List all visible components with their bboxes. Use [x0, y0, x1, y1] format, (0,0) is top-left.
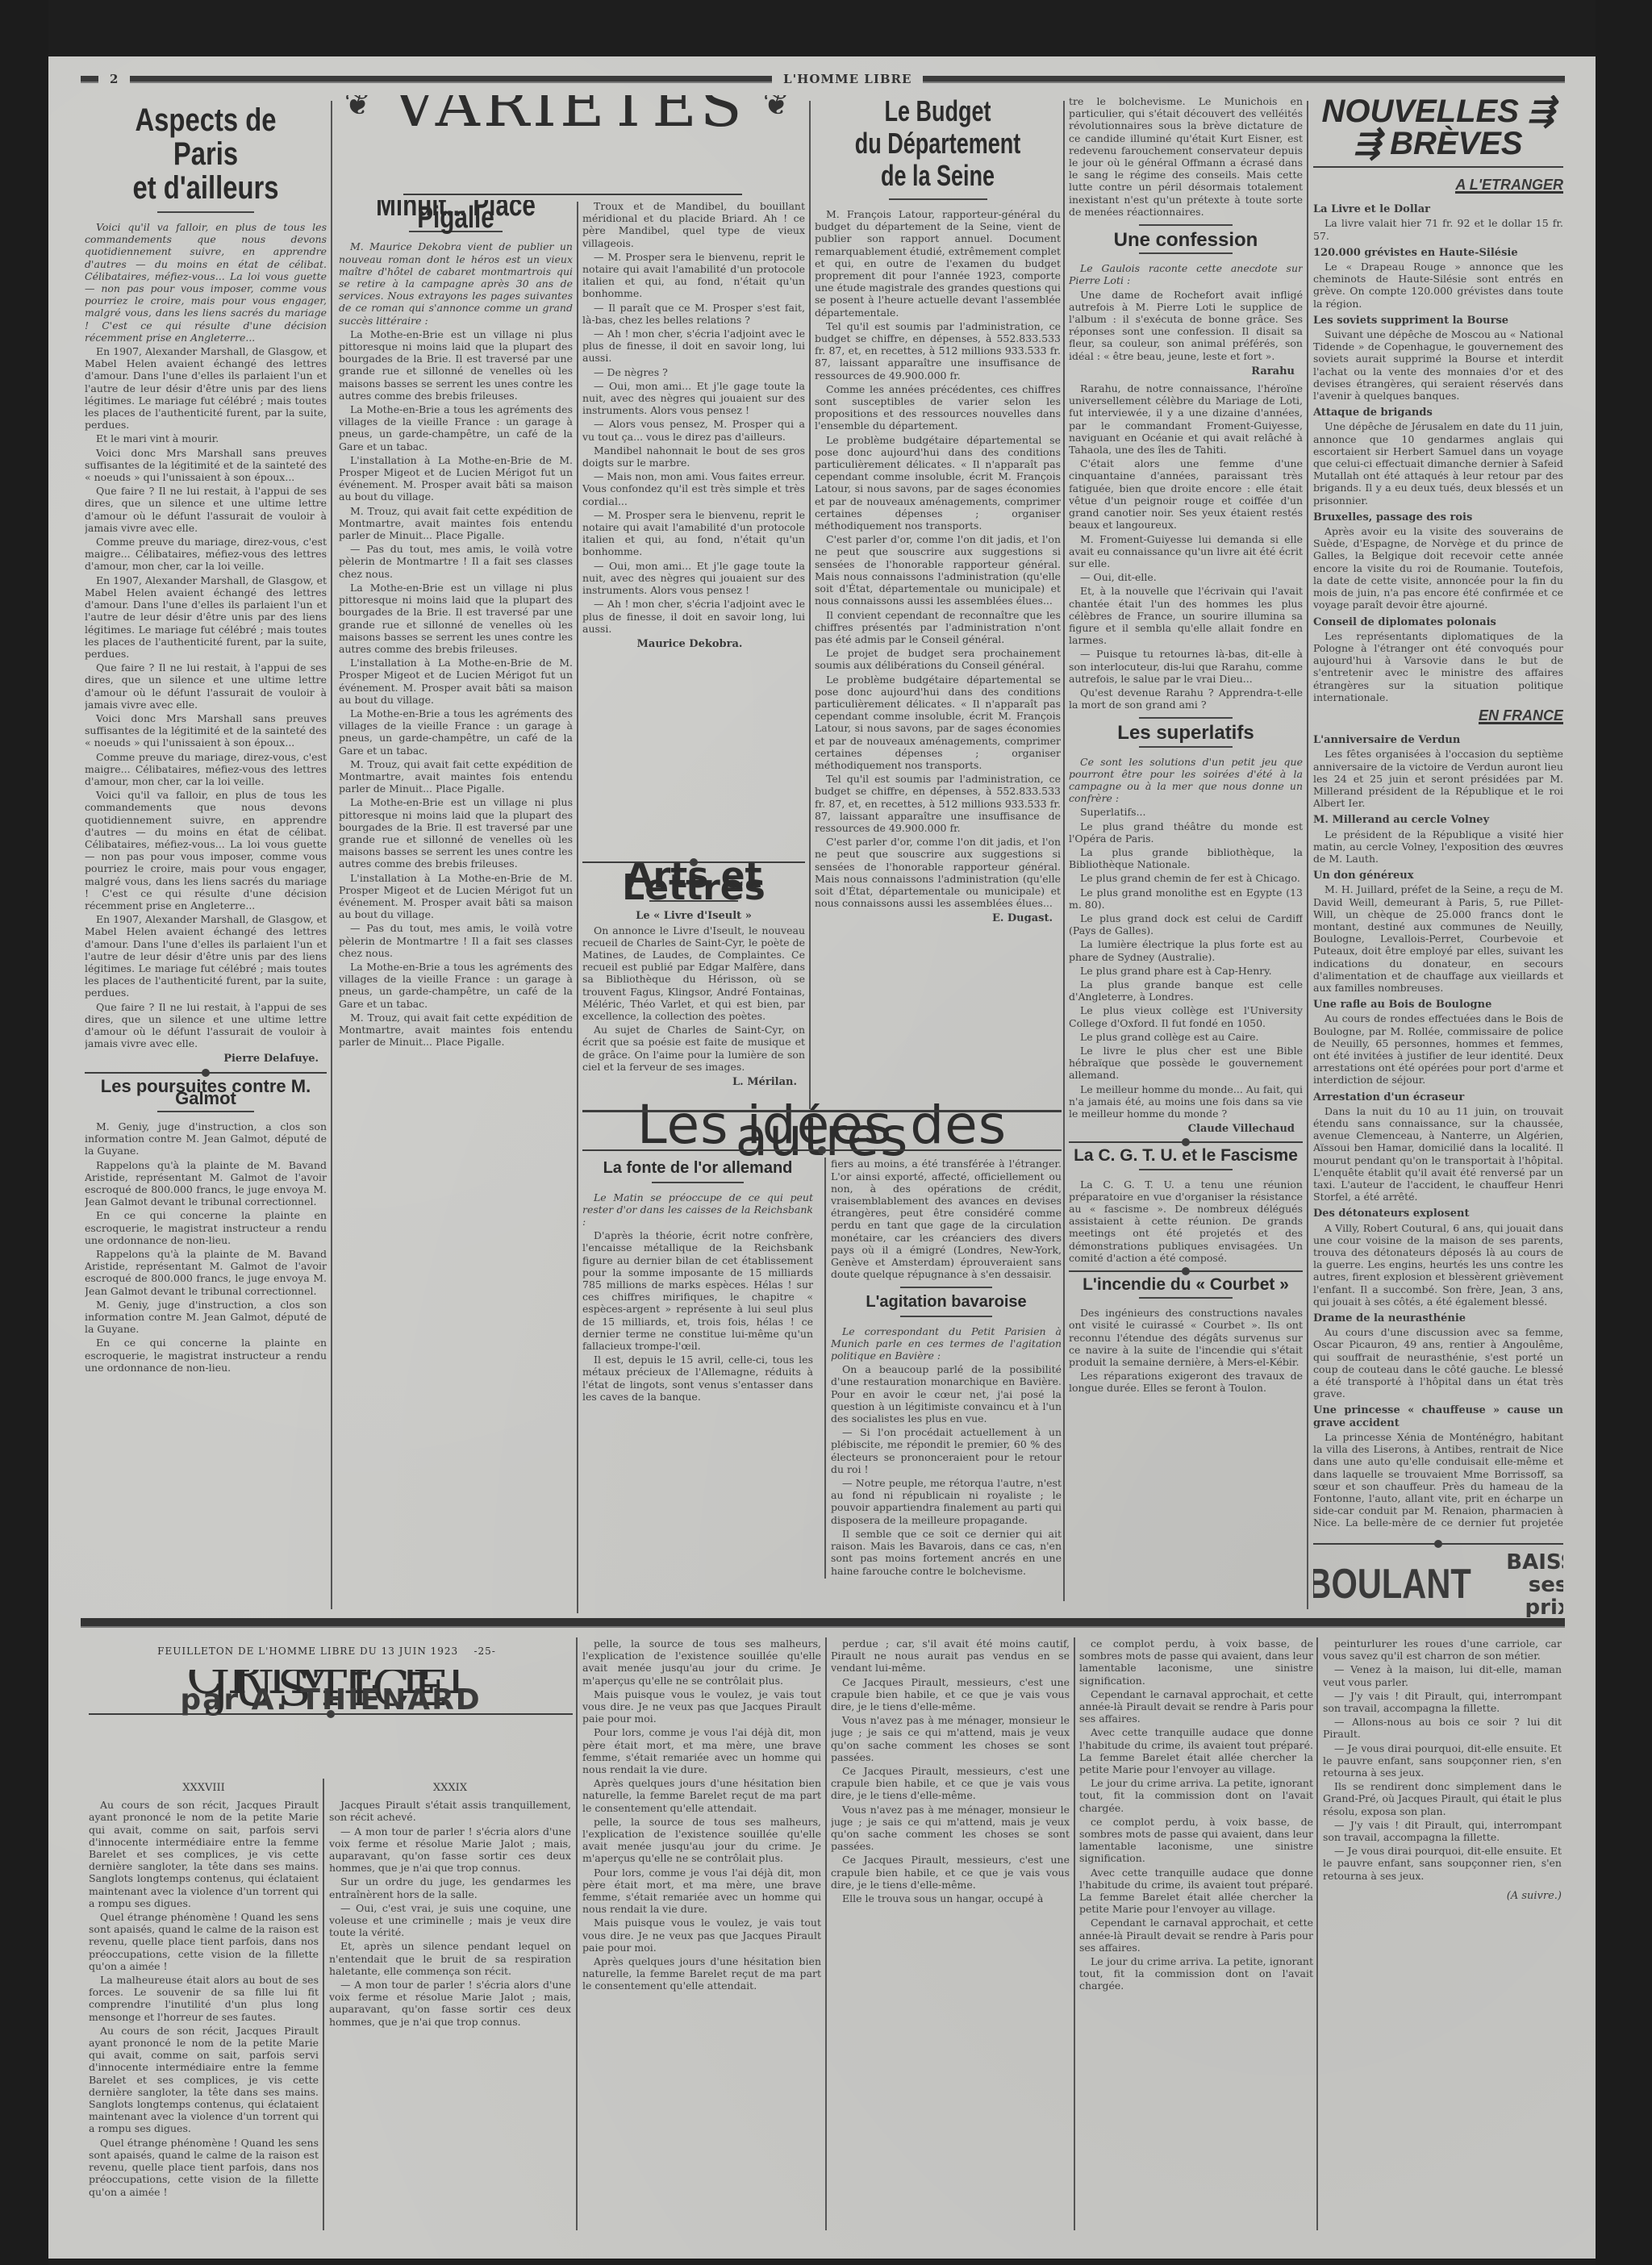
paragraph: Qu'est devenue Rarahu ? Apprendra-t-elle… — [1069, 686, 1303, 711]
divider — [900, 1287, 992, 1288]
divider — [1139, 717, 1233, 719]
brief-text: La princesse Xénia de Monténégro, habita… — [1313, 1431, 1563, 1531]
brief-title: Arrestation d'un écraseur — [1313, 1091, 1563, 1103]
feuilleton-column-5: ce complot perdu, à voix basse, de sombr… — [1079, 1637, 1313, 2230]
paragraph: La Mothe-en-Brie a tous les agréments de… — [339, 961, 573, 1010]
paragraph: — J'y vais ! dit Pirault, qui, interromp… — [1323, 1690, 1562, 1714]
column-rule — [1063, 101, 1065, 1601]
paragraph: En ce qui concerne la plainte en escroqu… — [85, 1209, 327, 1246]
paragraph: ce complot perdu, à voix basse, de sombr… — [1079, 1637, 1313, 1687]
masthead-rule — [81, 76, 98, 83]
headline-line: Aspects de Paris — [106, 103, 305, 171]
brief-text: Au cours de rondes effectuées dans le Bo… — [1313, 1012, 1563, 1086]
headline-line: Le Budget — [845, 95, 1030, 127]
brief-text: Le président de la République a visité h… — [1313, 828, 1563, 866]
brief-title: Attaque de brigands — [1313, 407, 1563, 419]
paragraph: M. Geniy, juge d'instruction, a clos son… — [85, 1299, 327, 1336]
subheadline: Le « Livre d'Iseult » — [582, 910, 805, 922]
column-confession: tre le bolchevisme. Le Munichois en part… — [1069, 95, 1303, 1604]
list-item: La lumière électrique la plus forte est … — [1069, 938, 1303, 962]
brief-title: Une princesse « chauffeuse » cause un gr… — [1313, 1404, 1563, 1429]
paragraph: Voici donc Mrs Marshall sans preuves suf… — [85, 712, 327, 749]
headline-superlatifs: Les superlatifs — [1069, 727, 1303, 739]
paragraph: Le problème budgétaire départemental se … — [815, 674, 1061, 772]
list-item: Le plus grand monolithe est en Egypte (1… — [1069, 886, 1303, 911]
paragraph: M. Froment-Guiyesse lui demanda si elle … — [1069, 533, 1303, 570]
paragraph: Et le mari vint à mourir. — [85, 432, 327, 444]
divider — [582, 1149, 1062, 1151]
paragraph: Quel étrange phénomène ! Quand les sens … — [89, 1911, 319, 1972]
divider — [403, 194, 742, 195]
headline-fonte: La fonte de l'or allemand — [582, 1162, 813, 1174]
divider — [1139, 252, 1233, 254]
divider — [652, 1182, 744, 1183]
list-item: Le plus vieux collège est l'University C… — [1069, 1004, 1303, 1028]
paragraph: Ce Jacques Pirault, messieurs, c'est une… — [831, 1854, 1070, 1891]
brief-title: Les soviets suppriment la Bourse — [1313, 315, 1563, 327]
paragraph: — M. Prosper sera le bienvenu, reprit le… — [582, 509, 805, 558]
paragraph: En 1907, Alexander Marshall, de Glasgow,… — [85, 345, 327, 431]
paragraph: Rappelons qu'à la plainte de M. Bavand A… — [85, 1159, 327, 1208]
newspaper-title: L'HOMME LIBRE — [783, 72, 912, 86]
divider — [582, 861, 805, 863]
paragraph: Que faire ? Il ne lui restait, à l'appui… — [85, 1001, 327, 1050]
headline-line: NOUVELLES ⇶ — [1313, 95, 1563, 127]
paragraph: pelle, la source de tous ses malheurs, l… — [582, 1637, 821, 1687]
brief-text: Suivant une dépêche de Moscou au « Natio… — [1313, 328, 1563, 402]
paragraph: On annonce le Livre d'Iseult, le nouveau… — [582, 924, 805, 1023]
signature: L. Mérilan. — [582, 1076, 797, 1088]
column-agitation: fiers au moins, a été transférée à l'étr… — [824, 1158, 1062, 1578]
column-rule — [1074, 1637, 1075, 2230]
list-item: Le plus grand phare est à Cap-Henry. — [1069, 965, 1303, 977]
paragraph: — Pas du tout, mes amis, le voilà votre … — [339, 543, 573, 580]
list-item: Le meilleur homme du monde... Au fait, q… — [1069, 1083, 1303, 1120]
paragraph: Après quelques jours d'une hésitation bi… — [582, 1777, 821, 1814]
paragraph: Le problème budgétaire départemental se … — [815, 434, 1061, 532]
leaf-ornament-icon: ❦ — [344, 98, 375, 111]
paragraph: M. Geniy, juge d'instruction, a clos son… — [85, 1120, 327, 1158]
brief-text: Dans la nuit du 10 au 11 juin, on trouva… — [1313, 1105, 1563, 1203]
signature: E. Dugast. — [815, 912, 1053, 924]
column-aspects: Aspects de Paris et d'ailleurs Voici qu'… — [85, 97, 327, 1613]
divider — [1069, 1141, 1303, 1143]
article-intro: Le Gaulois raconte cette anecdote sur Pi… — [1069, 262, 1303, 286]
divider — [1139, 224, 1233, 226]
article-intro: Le Matin se préoccupe de ce qui peut res… — [582, 1191, 813, 1228]
paragraph: L'installation à La Mothe-en-Brie de M. … — [339, 872, 573, 921]
feuilleton-column-4: perdue ; car, s'il avait été moins cauti… — [831, 1637, 1070, 2230]
paragraph: fiers au moins, a été transférée à l'étr… — [831, 1158, 1062, 1280]
paragraph: En 1907, Alexander Marshall, de Glasgow,… — [85, 913, 327, 999]
divider — [1139, 746, 1233, 748]
paragraph: — Il paraît que ce M. Prosper s'est fait… — [582, 302, 805, 326]
signature: Maurice Dekobra. — [582, 638, 797, 650]
masthead-rule — [130, 76, 772, 83]
headline-pigalle: Minuit... Place Pigalle — [365, 200, 547, 224]
paragraph: La Mothe-en-Brie a tous les agréments de… — [339, 403, 573, 453]
paragraph: Mais puisque vous le voulez, je vais tou… — [582, 1688, 821, 1725]
divider — [1139, 1297, 1233, 1299]
paragraph: Comme les années précédentes, ces chiffr… — [815, 383, 1061, 432]
divider — [1139, 1169, 1233, 1170]
divider — [1069, 1270, 1303, 1272]
headline-varietes: ❦ VARIÉTÉS ❦ — [337, 98, 800, 111]
column-rule — [323, 1779, 324, 2230]
scan-border-right — [1596, 0, 1652, 2265]
list-item: Le plus grand collège est au Caire. — [1069, 1031, 1303, 1043]
paragraph: Tel qu'il est soumis par l'administratio… — [815, 773, 1061, 834]
paragraph: Que faire ? Il ne lui restait, à l'appui… — [85, 485, 327, 534]
paragraph: — Ah ! mon cher, s'écria l'adjoint avec … — [582, 327, 805, 365]
headline-text: BRÈVES — [1390, 126, 1523, 161]
paragraph: Au cours de son récit, Jacques Pirault a… — [89, 1799, 319, 1909]
paragraph: — Oui, c'est vrai, je suis une coquine, … — [329, 1902, 571, 1939]
paragraph: M. Trouz, qui avait fait cette expéditio… — [339, 758, 573, 795]
brief-title: Drame de la neurasthénie — [1313, 1312, 1563, 1324]
arrows-ornament-icon: ⇶ — [1528, 95, 1555, 129]
paragraph: peinturlurer les roues d'une carriole, c… — [1323, 1637, 1562, 1662]
paragraph: Sur un ordre du juge, les gendarmes les … — [329, 1875, 571, 1900]
signature: Rarahu — [1069, 365, 1295, 377]
column-rule — [576, 1637, 578, 2230]
paragraph: tre le bolchevisme. Le Munichois en part… — [1069, 95, 1303, 218]
brief-text: Une dépêche de Jérusalem en date du 11 j… — [1313, 420, 1563, 506]
divider — [157, 1111, 254, 1112]
brief-title: Conseil de diplomates polonais — [1313, 616, 1563, 628]
article-intro: Voici qu'il va falloir, en plus de tous … — [85, 221, 327, 344]
section-label-france: EN FRANCE — [1479, 710, 1563, 724]
paragraph: La Mothe-en-Brie est un village ni plus … — [339, 796, 573, 870]
divider — [89, 1713, 573, 1715]
paragraph: Comme preuve du mariage, direz-vous, c'e… — [85, 536, 327, 573]
paragraph: — Pas du tout, mes amis, le voilà votre … — [339, 922, 573, 959]
brief-title: Bruxelles, passage des rois — [1313, 511, 1563, 523]
brief-title: M. Millerand au cercle Volney — [1313, 814, 1563, 826]
paragraph: En ce qui concerne la plainte en escroqu… — [85, 1337, 327, 1374]
brief-text: La livre valait hier 71 fr. 92 et le dol… — [1313, 217, 1563, 241]
paragraph: C'est parler d'or, comme l'on dit jadis,… — [815, 836, 1061, 909]
brief-title: Des détonateurs explosent — [1313, 1208, 1563, 1220]
paragraph: M. Trouz, qui avait fait cette expéditio… — [339, 1012, 573, 1049]
paragraph: Comme preuve du mariage, direz-vous, c'e… — [85, 751, 327, 788]
headline-line: et d'ailleurs — [106, 171, 305, 205]
paragraph: Et, après un silence pendant lequel on n… — [329, 1940, 571, 1977]
paragraph: Il est, depuis le 15 avril, celle-ci, to… — [582, 1354, 813, 1403]
masthead: 2 L'HOMME LIBRE — [81, 71, 1565, 87]
paragraph: — M. Prosper sera le bienvenu, reprit le… — [582, 251, 805, 300]
paragraph: Cependant le carnaval approchait, et cet… — [1079, 1688, 1313, 1725]
paragraph: — Je vous dirai pourquoi, dit-elle ensui… — [1323, 1742, 1562, 1779]
column-varietes-2: Troux et de Mandibel, du bouillant mérid… — [582, 200, 805, 837]
paragraph: C'était alors une femme d'une cinquantai… — [1069, 457, 1303, 531]
paragraph: — J'y vais ! dit Pirault, qui, interromp… — [1323, 1819, 1562, 1843]
section-label-etranger: A L'ETRANGER — [1455, 179, 1563, 194]
list-item: La plus grande banque est celle d'Anglet… — [1069, 978, 1303, 1003]
page-number: 2 — [110, 72, 119, 86]
feuilleton-column-3: pelle, la source de tous ses malheurs, l… — [582, 1637, 821, 2230]
brief-text: Les fêtes organisées à l'occasion du sep… — [1313, 748, 1563, 809]
paragraph: Pour lors, comme je vous l'ai déjà dit, … — [582, 1867, 821, 1916]
article-intro: Le correspondant du Petit Parisien à Mun… — [831, 1325, 1062, 1362]
paragraph: Quel étrange phénomène ! Quand les sens … — [89, 2137, 319, 2198]
paragraph: En 1907, Alexander Marshall, de Glasgow,… — [85, 574, 327, 660]
paragraph: Elle le trouva sous un hangar, occupé à — [831, 1892, 1070, 1904]
divider — [1313, 166, 1563, 168]
paragraph: — Si l'on procédait actuellement à un pl… — [831, 1426, 1062, 1475]
paragraph: Une dame de Rochefort avait infligé autr… — [1069, 289, 1303, 362]
paragraph: M. François Latour, rapporteur-général d… — [815, 208, 1061, 319]
column-fonte: La fonte de l'or allemand Le Matin se pr… — [582, 1158, 813, 1578]
brief-text: Le « Drapeau Rouge » annonce que les che… — [1313, 261, 1563, 310]
paragraph: — Allons-nous au bois ce soir ? lui dit … — [1323, 1716, 1562, 1740]
ad-slogan-line: ses prix — [1506, 1574, 1563, 1617]
article-intro: Ce sont les solutions d'un petit jeu que… — [1069, 756, 1303, 805]
column-varietes-1: Minuit... Place Pigalle M. Maurice Dekob… — [339, 200, 573, 1612]
feuilleton-header: FEUILLETON DE L'HOMME LIBRE DU 13 JUIN 1… — [89, 1646, 565, 1657]
paragraph: Cependant le carnaval approchait, et cet… — [1079, 1917, 1313, 1954]
paragraph: Ce Jacques Pirault, messieurs, c'est une… — [831, 1765, 1070, 1802]
news-list-france: L'anniversaire de VerdunLes fêtes organi… — [1313, 734, 1563, 1531]
paragraph: — Oui, mon ami... Et j'le gage toute la … — [582, 560, 805, 597]
paragraph: Troux et de Mandibel, du bouillant mérid… — [582, 200, 805, 249]
feuilleton-label: FEUILLETON DE L'HOMME LIBRE DU 13 JUIN 1… — [157, 1646, 458, 1657]
news-list-etranger: La Livre et le DollarLa livre valait hie… — [1313, 203, 1563, 703]
ad-slogan: BAISSE ses prix — [1506, 1551, 1563, 1617]
paragraph: — Je vous dirai pourquoi, dit-elle ensui… — [1323, 1845, 1562, 1882]
divider — [889, 198, 987, 200]
paragraph: Vous n'avez pas à me ménager, monsieur l… — [831, 1804, 1070, 1853]
headline-line: ⇶ BRÈVES — [1313, 127, 1563, 160]
section-varietes: ❦ VARIÉTÉS ❦ — [337, 95, 800, 188]
brief-text: Les représentants diplomatiques de la Po… — [1313, 630, 1563, 703]
column-budget: Le Budget du Département de la Seine M. … — [815, 95, 1061, 1095]
paragraph: Le projet de budget sera prochainement s… — [815, 647, 1061, 671]
headline-cgtu: La C. G. T. U. et le Fascisme — [1069, 1149, 1303, 1162]
feuilleton-title-block: CRIME ET JUSTICE par A. THIENARD — [89, 1670, 573, 1775]
paragraph: L'installation à La Mothe-en-Brie de M. … — [339, 454, 573, 503]
column-rule — [1307, 101, 1308, 1609]
divider — [157, 211, 254, 213]
brief-title: L'anniversaire de Verdun — [1313, 734, 1563, 746]
headline-courbet: L'incendie du « Courbet » — [1069, 1278, 1303, 1291]
divider — [900, 1316, 992, 1317]
paragraph: — Ah ! mon cher, s'écria l'adjoint avec … — [582, 598, 805, 635]
headline-budget: Le Budget du Département de la Seine — [845, 95, 1030, 192]
brief-text: A Villy, Robert Coutural, 6 ans, qui jou… — [1313, 1222, 1563, 1308]
paragraph: La Mothe-en-Brie est un village ni plus … — [339, 582, 573, 655]
paragraph: — A mon tour de parler ! s'écria alors d… — [329, 1979, 571, 2028]
signature: Pierre Delafuye. — [85, 1053, 319, 1065]
paragraph: Au cours de son récit, Jacques Pirault a… — [89, 2025, 319, 2135]
paragraph: Avec cette tranquille audace que donne l… — [1079, 1867, 1313, 1916]
list-item: Le plus grand chemin de fer est à Chicag… — [1069, 872, 1303, 884]
paragraph: Voici qu'il va falloir, en plus de tous … — [85, 789, 327, 911]
brief-title: Un don généreux — [1313, 870, 1563, 882]
paragraph: Jacques Pirault s'était assis tranquille… — [329, 1799, 571, 1823]
paragraph: — Alors vous pensez, M. Prosper qui a vu… — [582, 418, 805, 442]
paragraph: ce complot perdu, à voix basse, de sombr… — [1079, 1816, 1313, 1865]
feuilleton-rule — [81, 1618, 1565, 1628]
paragraph: Et, à la nouvelle que l'écrivain qui l'a… — [1069, 585, 1303, 646]
headline-text: NOUVELLES — [1321, 95, 1518, 129]
column-rule — [331, 101, 332, 1609]
paragraph: — De nègres ? — [582, 366, 805, 378]
paragraph: L'installation à La Mothe-en-Brie de M. … — [339, 657, 573, 706]
paragraph: Mais puisque vous le voulez, je vais tou… — [582, 1917, 821, 1954]
headline-nouvelles: NOUVELLES ⇶ ⇶ BRÈVES — [1313, 95, 1563, 160]
paragraph: — Venez à la maison, lui dit-elle, maman… — [1323, 1663, 1562, 1687]
paragraph: Ils se rendirent donc simplement dans le… — [1323, 1780, 1562, 1817]
list-item: Le plus grand dock est celui de Cardiff … — [1069, 912, 1303, 936]
paragraph: La Mothe-en-Brie a tous les agréments de… — [339, 707, 573, 757]
divider — [1313, 1543, 1563, 1545]
signature: Claude Villechaud — [1069, 1123, 1295, 1135]
ad-slogan-line: BAISSE — [1506, 1551, 1563, 1574]
paragraph: Pour lors, comme je vous l'ai déjà dit, … — [582, 1726, 821, 1775]
paragraph: Rarahu, de notre connaissance, l'héroïne… — [1069, 382, 1303, 456]
feuilleton-column-2: XXXIX Jacques Pirault s'était assis tran… — [329, 1779, 571, 2230]
headline-agitation: L'agitation bavaroise — [831, 1296, 1062, 1308]
paragraph: — Notre peuple, me rétorqua l'autre, n'e… — [831, 1477, 1062, 1526]
feuilleton-number: -25- — [473, 1646, 495, 1657]
paragraph: Le jour du crime arriva. La petite, igno… — [1079, 1777, 1313, 1814]
paragraph: Il convient cependant de reconnaître que… — [815, 609, 1061, 646]
paragraph: Au sujet de Charles de Saint-Cyr, on écr… — [582, 1024, 805, 1073]
paragraph: — Mais non, mon ami. Vous faites erreur.… — [582, 470, 805, 507]
masthead-rule — [923, 76, 1565, 83]
paragraph: On a beaucoup parlé de la possibilité d'… — [831, 1363, 1062, 1424]
chapter-number: XXXIX — [329, 1782, 571, 1794]
column-arts: Arts et Lettres Le « Livre d'Iseult » On… — [582, 855, 805, 1097]
headline-arts: Arts et Lettres — [582, 870, 805, 894]
paragraph: Des ingénieurs des constructions navales… — [1069, 1307, 1303, 1368]
paragraph: Voici donc Mrs Marshall sans preuves suf… — [85, 447, 327, 484]
paragraph: Rappelons qu'à la plainte de M. Bavand A… — [85, 1248, 327, 1297]
column-rule — [1316, 1637, 1318, 2230]
column-rule — [809, 101, 811, 1109]
paragraph: La malheureuse était alors au bout de se… — [89, 1974, 319, 2023]
brief-text: Après avoir eu la visite des souverains … — [1313, 525, 1563, 611]
paragraph: — A mon tour de parler ! s'écria alors d… — [329, 1825, 571, 1875]
section-idees: Les idées des autres La fonte de l'or al… — [582, 1103, 1062, 1604]
arrows-ornament-icon: ⇶ — [1354, 126, 1381, 161]
paragraph: — Oui, dit-elle. — [1069, 571, 1303, 583]
brief-text: Au cours d'une discussion avec sa femme,… — [1313, 1326, 1563, 1399]
ad-header: BOULANT BAISSE ses prix — [1313, 1551, 1563, 1617]
paragraph: — Puisque tu retournes là-bas, dit-elle … — [1069, 648, 1303, 685]
column-rule — [825, 1637, 827, 2230]
to-be-continued: (A suivre.) — [1323, 1890, 1562, 1902]
leaf-ornament-icon: ❦ — [763, 98, 794, 111]
ad-brand: BOULANT — [1313, 1579, 1471, 1591]
paragraph: Avec cette tranquille audace que donne l… — [1079, 1726, 1313, 1775]
list-item: Le plus grand théâtre du monde est l'Opé… — [1069, 820, 1303, 845]
headline-line: du Département de la Seine — [845, 127, 1030, 192]
list-item: Le livre le plus cher est une Bible hébr… — [1069, 1045, 1303, 1082]
paragraph: Que faire ? Il ne lui restait, à l'appui… — [85, 661, 327, 711]
headline-galmot: Les poursuites contre M. Galmot — [85, 1080, 327, 1104]
advertisement: BOULANT BAISSE ses prix 34, Boulevard Sa… — [1313, 1537, 1563, 1617]
brief-title: Une rafle au Bois de Boulogne — [1313, 999, 1563, 1011]
paragraph: — Oui, mon ami... Et j'le gage toute la … — [582, 380, 805, 417]
paragraph: Tel qu'il est soumis par l'administratio… — [815, 320, 1061, 382]
feuilleton-column-1: XXXVIII Au cours de son récit, Jacques P… — [89, 1779, 319, 2230]
headline-confession: Une confession — [1069, 234, 1303, 246]
feuilleton-column-6: peinturlurer les roues d'une carriole, c… — [1323, 1637, 1562, 2230]
brief-title: 120.000 grévistes en Haute-Silésie — [1313, 247, 1563, 259]
paragraph: Les réparations exigeront des travaux de… — [1069, 1370, 1303, 1394]
paragraph: pelle, la source de tous ses malheurs, l… — [582, 1816, 821, 1865]
brief-text: M. H. Juillard, préfet de la Seine, a re… — [1313, 883, 1563, 994]
list-item: La plus grande bibliothèque, la Biblioth… — [1069, 846, 1303, 870]
headline-aspects: Aspects de Paris et d'ailleurs — [106, 103, 305, 205]
paragraph: Ce Jacques Pirault, messieurs, c'est une… — [831, 1676, 1070, 1713]
column-nouvelles: NOUVELLES ⇶ ⇶ BRÈVES A L'ETRANGER La Liv… — [1313, 95, 1563, 1531]
paragraph: M. Trouz, qui avait fait cette expéditio… — [339, 505, 573, 542]
divider — [582, 1110, 1062, 1112]
paragraph: Après quelques jours d'une hésitation bi… — [582, 1955, 821, 1992]
list-item: Superlatifs... — [1069, 806, 1303, 818]
paragraph: Mandibel nahonnait le bout de ses gros d… — [582, 444, 805, 469]
chapter-number: XXXVIII — [89, 1782, 319, 1794]
paragraph: D'après la théorie, écrit notre confrère… — [582, 1229, 813, 1352]
divider — [85, 1072, 327, 1074]
paragraph: Vous n'avez pas à me ménager, monsieur l… — [831, 1714, 1070, 1763]
paragraph: La C. G. T. U. a tenu une réunion prépar… — [1069, 1178, 1303, 1264]
banner-text: VARIÉTÉS — [392, 98, 745, 111]
column-rule — [577, 202, 578, 1613]
paragraph: Il semble que ce soit ce dernier qui ait… — [831, 1528, 1062, 1577]
brief-title: La Livre et le Dollar — [1313, 203, 1563, 215]
paragraph: Le jour du crime arriva. La petite, igno… — [1079, 1955, 1313, 1992]
feuilleton-author: par A. THIENARD — [89, 1694, 573, 1706]
article-intro: M. Maurice Dekobra vient de publier un n… — [339, 240, 573, 326]
paragraph: perdue ; car, s'il avait été moins cauti… — [831, 1637, 1070, 1675]
headline-idees: Les idées des autres — [582, 1119, 1062, 1143]
paragraph: La Mothe-en-Brie est un village ni plus … — [339, 328, 573, 402]
scan-border-left — [0, 0, 48, 2265]
paragraph: C'est parler d'or, comme l'on dit jadis,… — [815, 533, 1061, 607]
